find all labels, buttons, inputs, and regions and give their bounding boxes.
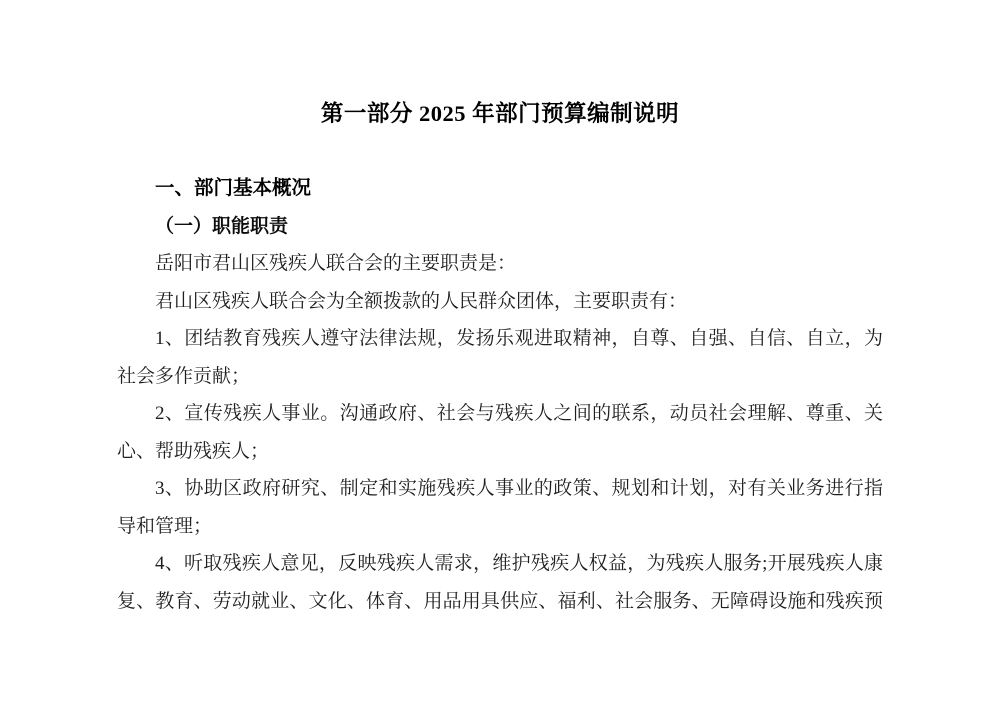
duty-1-line-2: 社会多作贡献； — [117, 358, 883, 396]
document-page: 第一部分 2025 年部门预算编制说明 一、部门基本概况 （一）职能职责 岳阳市… — [0, 0, 1000, 706]
paragraph-org-type-line: 君山区残疾人联合会为全额拨款的人民群众团体，主要职责有： — [117, 283, 883, 321]
document-title: 第一部分 2025 年部门预算编制说明 — [117, 95, 883, 133]
duty-4-line-1: 4、听取残疾人意见，反映残疾人需求，维护残疾人权益，为残疾人服务;开展残疾人康 — [117, 545, 883, 583]
duty-2-line-1: 2、宣传残疾人事业。沟通政府、社会与残疾人之间的联系，动员社会理解、尊重、关 — [117, 395, 883, 433]
duty-1-line-1: 1、团结教育残疾人遵守法律法规，发扬乐观进取精神，自尊、自强、自信、自立，为 — [117, 320, 883, 358]
duty-4-line-2: 复、教育、劳动就业、文化、体育、用品用具供应、福利、社会服务、无障碍设施和残疾预 — [117, 583, 883, 621]
subsection-heading-duties: （一）职能职责 — [117, 208, 883, 246]
section-heading-overview: 一、部门基本概况 — [117, 170, 883, 208]
document-content: 第一部分 2025 年部门预算编制说明 一、部门基本概况 （一）职能职责 岳阳市… — [0, 0, 1000, 620]
duty-3-line-1: 3、协助区政府研究、制定和实施残疾人事业的政策、规划和计划，对有关业务进行指 — [117, 470, 883, 508]
paragraph-intro-line: 岳阳市君山区残疾人联合会的主要职责是： — [117, 245, 883, 283]
duty-3-line-2: 导和管理； — [117, 508, 883, 546]
duty-2-line-2: 心、帮助残疾人； — [117, 433, 883, 471]
